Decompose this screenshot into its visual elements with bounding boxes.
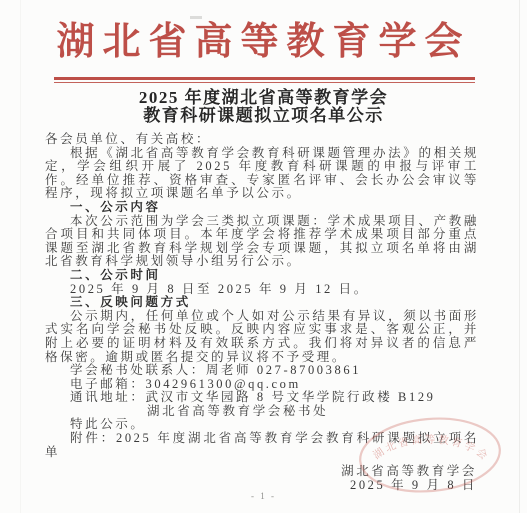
scan-artifact-dash <box>190 16 202 19</box>
letterhead-org-name: 湖北省高等教育学会 <box>0 20 527 64</box>
intro-paragraph: 根据《湖北省高等教育学会教育科研课题管理办法》的相关规定，学会组织开展了 202… <box>45 147 479 201</box>
signature-block: 湖北省高等教育学会 2025 年 9 月 8 日 <box>45 464 479 492</box>
section1-paragraph: 本次公示范围为学会三类拟立项课题：学术成果项目、产教融合项目和共同体项目。本年度… <box>45 215 479 269</box>
scan-paper-edge-left <box>20 0 21 513</box>
document-title: 2025 年度湖北省高等教育学会 教育科研课题拟立项名单公示 <box>0 89 527 125</box>
section2-heading: 二、公示时间 <box>45 269 479 283</box>
signature-org: 湖北省高等教育学会 <box>45 464 477 478</box>
section3-paragraph: 公示期内，任何单位或个人如对公示结果有异议，须以书面形式实名向学会秘书处反映。反… <box>45 310 479 364</box>
attachment-line: 附件：2025 年度湖北省高等教育学会教育科研课题拟立项名单 <box>45 432 479 459</box>
letterhead-divider <box>54 77 475 83</box>
salutation: 各会员单位、有关高校： <box>45 133 479 147</box>
section3-heading: 三、反映问题方式 <box>45 296 479 310</box>
letterhead-divider-thin-line <box>54 82 475 84</box>
scan-paper-edge-right <box>519 0 520 513</box>
section1-heading: 一、公示内容 <box>45 201 479 215</box>
document-title-line2: 教育科研课题拟立项名单公示 <box>0 107 527 125</box>
document-body: 各会员单位、有关高校： 根据《湖北省高等教育学会教育科研课题管理办法》的相关规定… <box>45 133 479 492</box>
page-number: - 1 - <box>0 491 527 501</box>
letterhead-divider-thick-line <box>54 77 475 80</box>
contact-person-line: 学会秘书处联系人：周老师 027-87003861 <box>45 364 479 378</box>
document-page: 湖北省高等教育学会 2025 年度湖北省高等教育学会 教育科研课题拟立项名单公示… <box>0 0 527 513</box>
document-title-line1: 2025 年度湖北省高等教育学会 <box>0 89 527 107</box>
contact-address-line: 通讯地址：武汉市文华园路 8 号文华学院行政楼 B129 <box>45 391 479 405</box>
